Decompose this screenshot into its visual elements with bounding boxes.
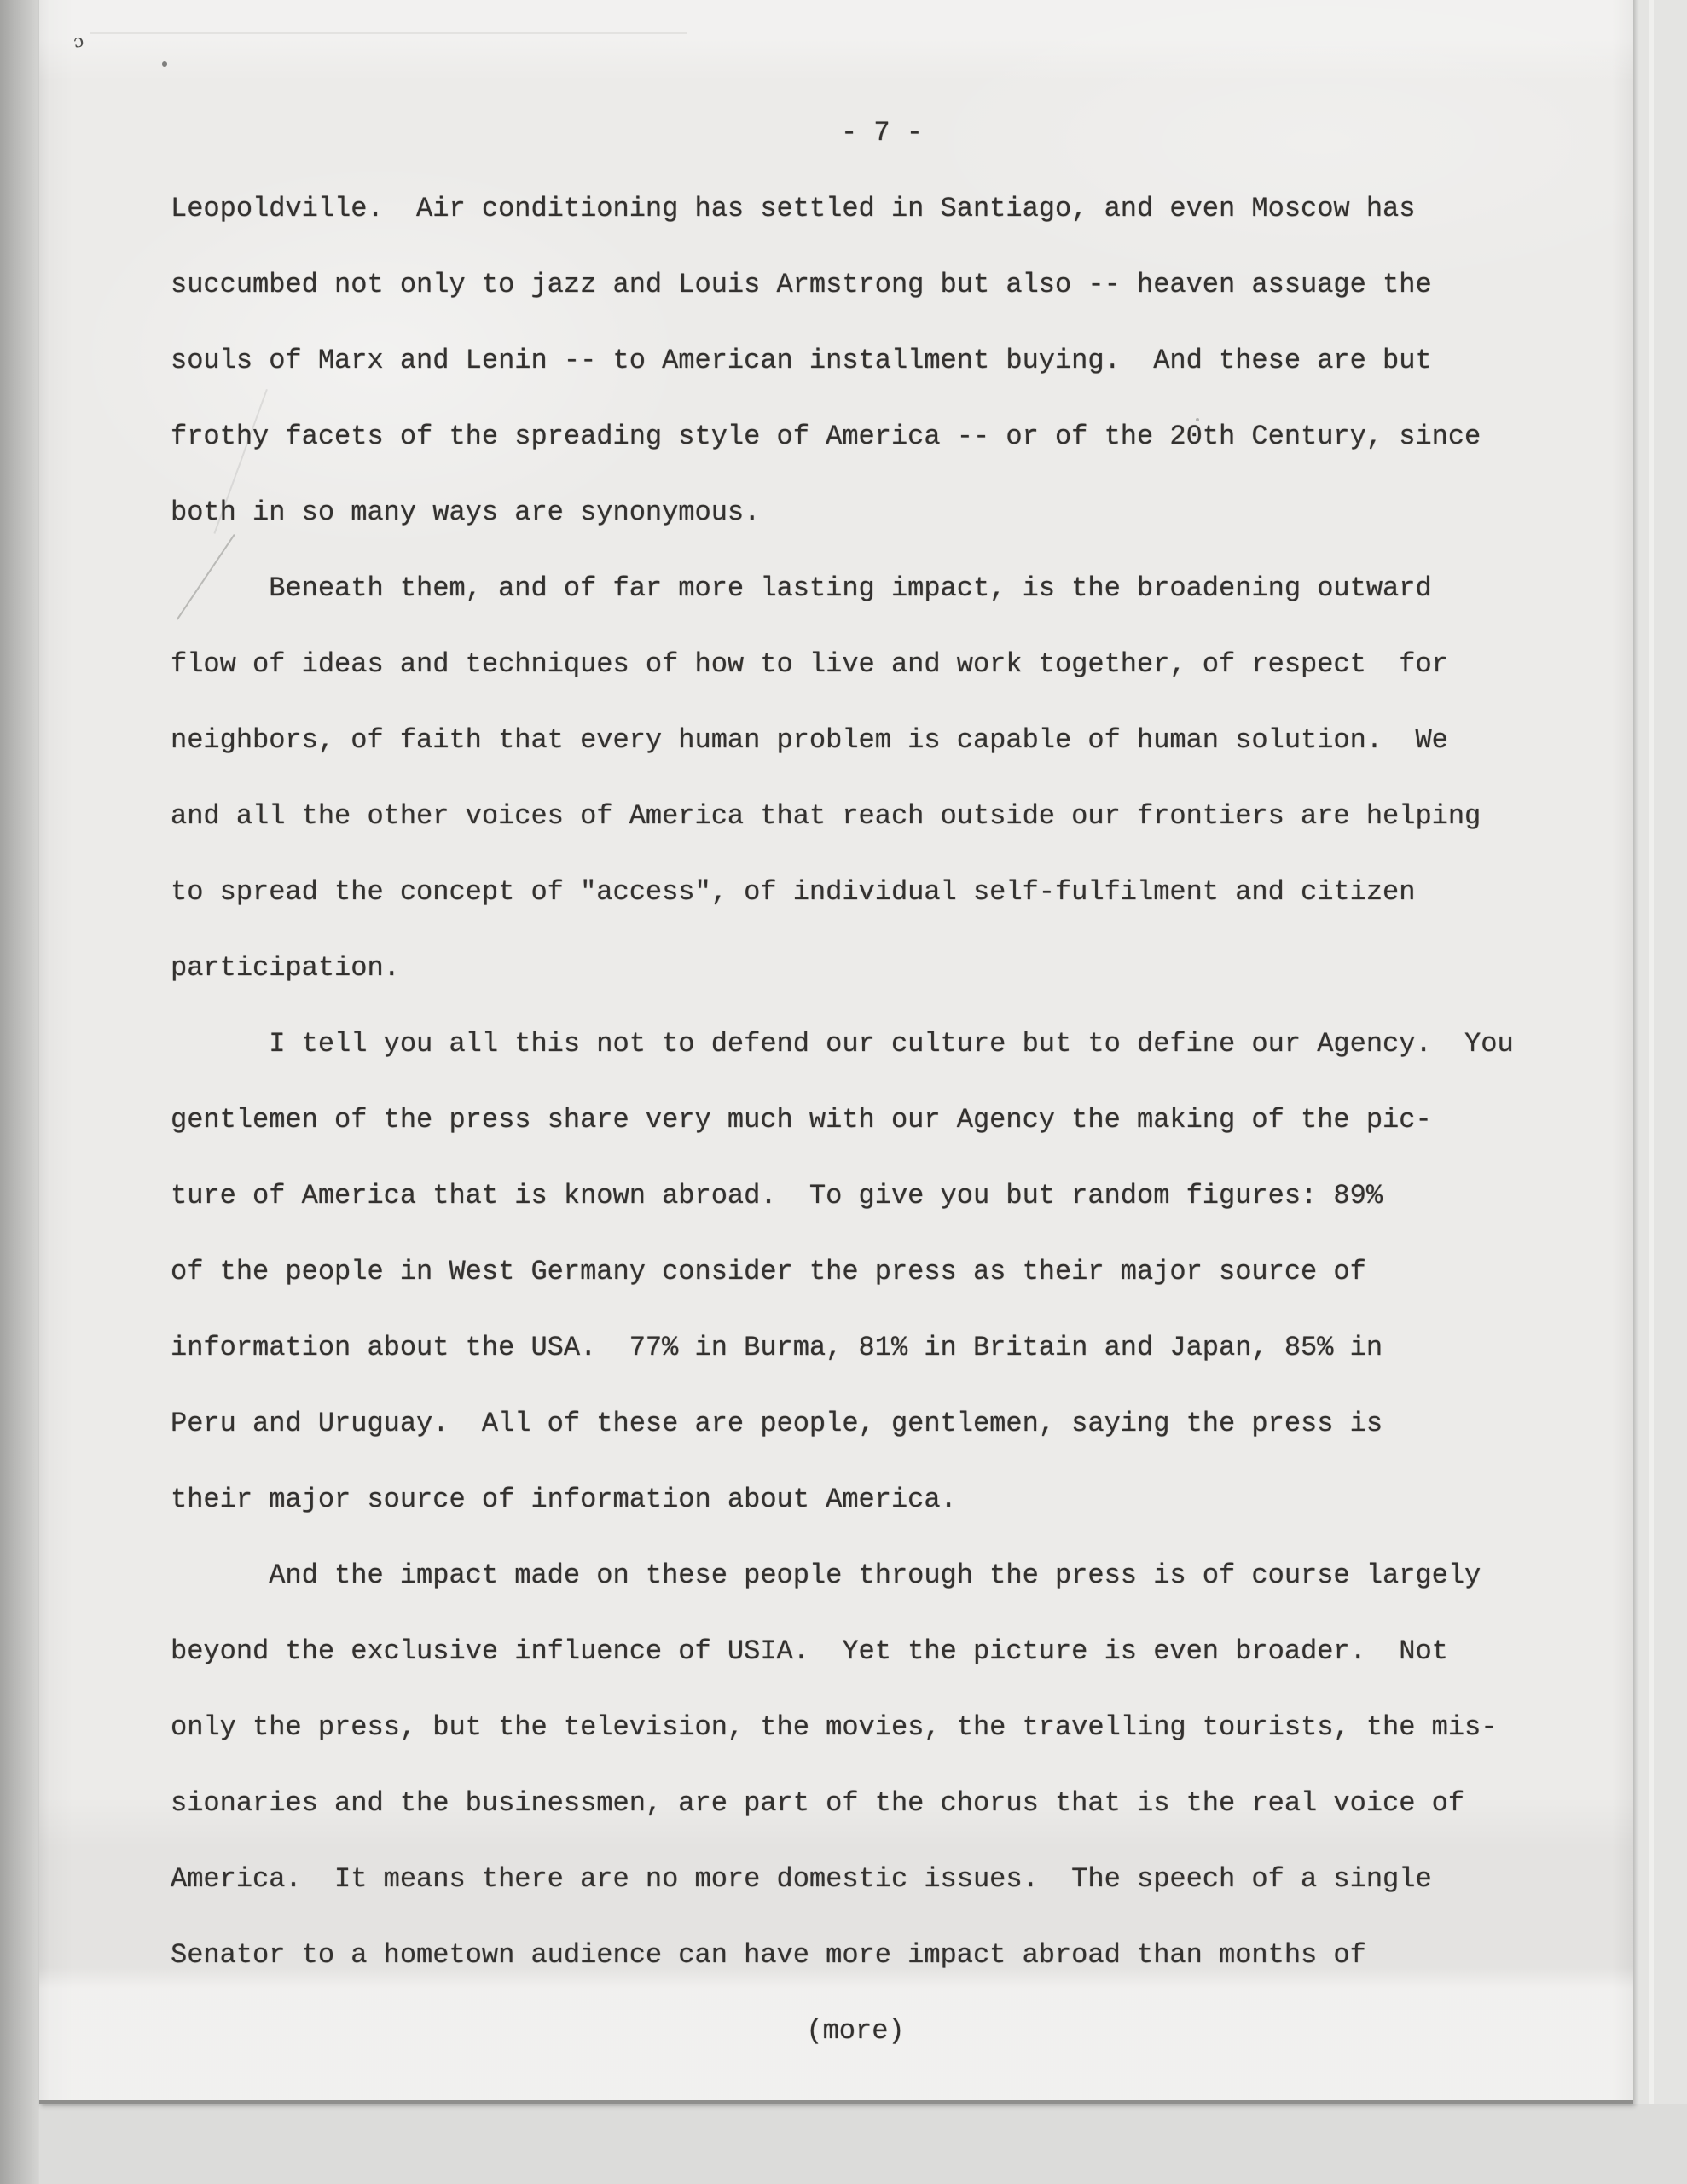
text-line: both in so many ways are synonymous. (171, 474, 1518, 550)
text-line: of the people in West Germany consider t… (171, 1234, 1518, 1310)
text-line: sionaries and the businessmen, are part … (171, 1765, 1518, 1841)
text-line: Beneath them, and of far more lasting im… (171, 550, 1518, 626)
scanned-document: ɔ - 7 - Leopoldville. Air conditioning h… (0, 0, 1687, 2184)
text-line: information about the USA. 77% in Burma,… (171, 1310, 1518, 1385)
paper-crease (90, 32, 687, 34)
text-line: and all the other voices of America that… (171, 778, 1518, 854)
scan-background-left (0, 0, 39, 2184)
text-line: gentlemen of the press share very much w… (171, 1082, 1518, 1158)
text-line: I tell you all this not to defend our cu… (171, 1006, 1518, 1082)
text-line: frothy facets of the spreading style of … (171, 398, 1518, 474)
text-line: America. It means there are no more dome… (171, 1841, 1518, 1917)
text-line: their major source of information about … (171, 1461, 1518, 1537)
text-line: participation. (171, 930, 1518, 1006)
page-number-text: - 7 - (841, 117, 923, 148)
scan-background-right (1633, 0, 1687, 2184)
text-line: succumbed not only to jazz and Louis Arm… (171, 247, 1518, 322)
typewritten-text: - 7 - Leopoldville. Air conditioning has… (171, 95, 1518, 2069)
text-line: only the press, but the television, the … (171, 1689, 1518, 1765)
text-line: Peru and Uruguay. All of these are peopl… (171, 1385, 1518, 1461)
text-line: Senator to a hometown audience can have … (171, 1917, 1518, 1993)
text-line: to spread the concept of "access", of in… (171, 854, 1518, 930)
text-line: neighbors, of faith that every human pro… (171, 702, 1518, 778)
scan-background-streak (1649, 0, 1654, 2184)
ink-speck (162, 61, 167, 67)
footer-more: (more) (171, 1993, 1518, 2069)
page-number: - 7 - (171, 95, 1518, 171)
scan-background-bottom (39, 2104, 1687, 2184)
footer-more-text: (more) (806, 2015, 904, 2047)
text-line: And the impact made on these people thro… (171, 1537, 1518, 1613)
text-line: flow of ideas and techniques of how to l… (171, 626, 1518, 702)
text-line: souls of Marx and Lenin -- to American i… (171, 322, 1518, 398)
text-line: beyond the exclusive influence of USIA. … (171, 1613, 1518, 1689)
text-line: ture of America that is known abroad. To… (171, 1158, 1518, 1234)
text-line: Leopoldville. Air conditioning has settl… (171, 171, 1518, 247)
